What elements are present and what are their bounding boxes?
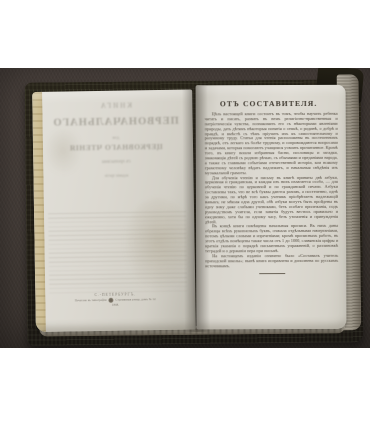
body-paragraph: Въ концѣ книги помѣщены начальныя пропис…	[205, 224, 338, 254]
right-page: ОТЪ СОСТАВИТЕЛЯ. Цѣль настоящей книги со…	[196, 85, 347, 330]
body-paragraph: Для обученія чтенію и письму въ книгѣ пр…	[205, 175, 338, 224]
section-end-rule	[259, 273, 285, 274]
imprint-year: 1868.	[41, 302, 189, 309]
book-photograph: КНИГА ПЕРВОНАЧАЛЬНАГО для ЦЕРКОВНАГО ЧТЕ…	[0, 68, 370, 348]
left-page: КНИГА ПЕРВОНАЧАЛЬНАГО для ЦЕРКОВНАГО ЧТЕ…	[32, 90, 196, 332]
body-paragraph: На настоящемъ изданіи означено было «Сос…	[205, 254, 338, 269]
page-heading: ОТЪ СОСТАВИТЕЛЯ.	[196, 99, 342, 109]
open-book: КНИГА ПЕРВОНАЧАЛЬНАГО для ЦЕРКОВНАГО ЧТЕ…	[0, 68, 370, 348]
show-through-line: КНИГА	[46, 102, 184, 111]
show-through-line: съ прописями	[47, 158, 185, 165]
page-body-text: Цѣль настоящей книги состоитъ въ томъ, ч…	[205, 112, 339, 274]
imprint-block: С.-ПЕТЕРБУРГЪ. Печатано въ типографіиСтр…	[41, 292, 189, 310]
text-show-through-lines	[48, 208, 187, 296]
show-through-line: ЦЕРКОВНАГО ЧТЕНІЯ	[47, 143, 185, 153]
imprint-printer-right: Стремянная улица, домъ № 12.	[115, 298, 156, 303]
show-through-line: ПЕРВОНАЧАЛЬНАГО	[47, 117, 185, 130]
show-through-line: изданіе третіе	[47, 172, 185, 178]
imprint-printer-left: Печатано въ типографіи	[75, 298, 107, 302]
body-paragraph: Цѣль настоящей книги состоитъ въ томъ, ч…	[205, 112, 338, 176]
show-through-line: для	[47, 134, 185, 141]
show-through-title: КНИГА ПЕРВОНАЧАЛЬНАГО для ЦЕРКОВНАГО ЧТЕ…	[46, 100, 185, 179]
screenshot-canvas: КНИГА ПЕРВОНАЧАЛЬНАГО для ЦЕРКОВНАГО ЧТЕ…	[0, 0, 370, 423]
